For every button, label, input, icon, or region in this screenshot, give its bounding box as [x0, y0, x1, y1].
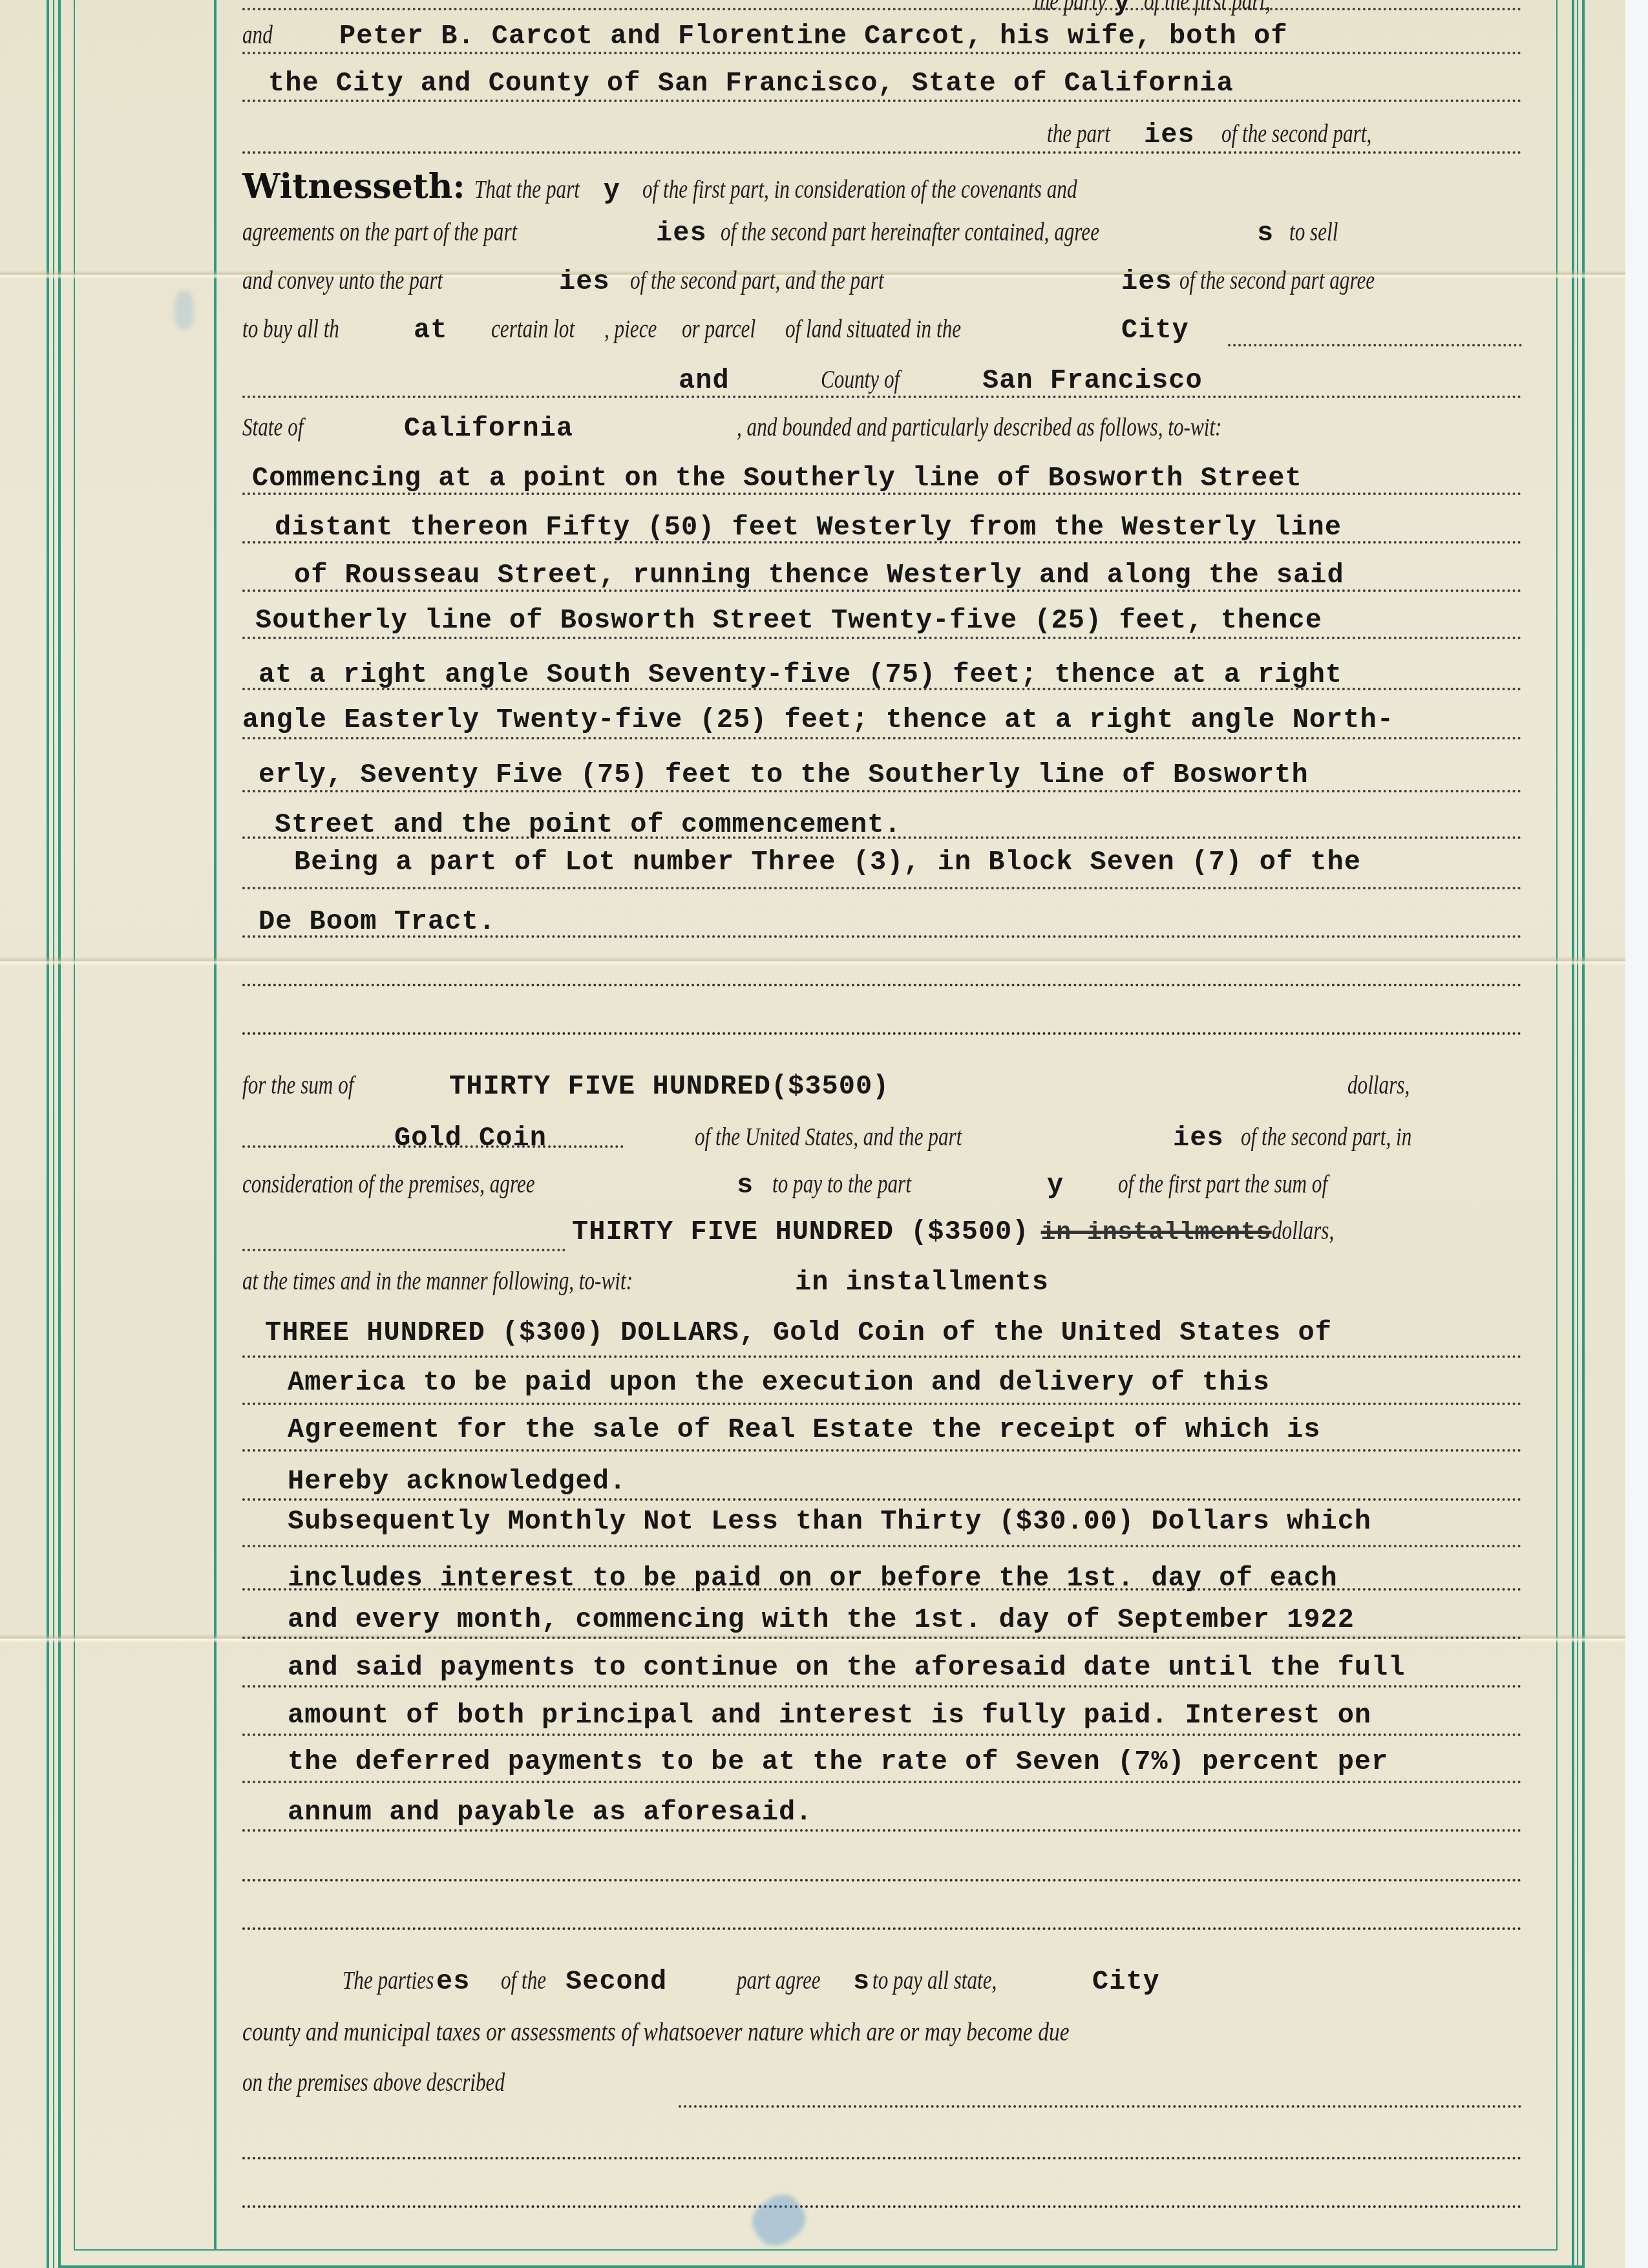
sum-line: for the sum of THIRTY FIVE HUNDRED($3500… — [242, 1070, 1528, 1102]
sum2-line: THIRTY FIVE HUNDRED ($3500) in installme… — [572, 1215, 1522, 1247]
blue-pencil-mark — [174, 291, 194, 330]
terms-line: the deferred payments to be at the rate … — [288, 1746, 1574, 1777]
residence-line: the City and County of San Francisco, St… — [268, 68, 1554, 99]
terms-line: and every month, commencing with the 1st… — [288, 1604, 1574, 1635]
consideration-line: consideration of the premises, agree s t… — [242, 1169, 1528, 1201]
description-line: De Boom Tract. — [259, 906, 1545, 937]
blank-line — [242, 986, 1522, 1035]
description-line: Street and the point of commencement. — [275, 809, 1561, 840]
terms-line: THREE HUNDRED ($300) DOLLARS, Gold Coin … — [265, 1317, 1551, 1348]
terms-line: Hereby acknowledged. — [288, 1466, 1574, 1497]
bottom-rule — [74, 2249, 1558, 2251]
blank-line — [242, 1881, 1522, 1930]
witnesseth-line: Witnesseth: That the part y of the first… — [242, 167, 1528, 206]
terms-line: annum and payable as aforesaid. — [288, 1797, 1574, 1828]
description-line: erly, Seventy Five (75) feet to the Sout… — [259, 759, 1545, 790]
second-part-line: the part ies of the second part, — [1047, 118, 1525, 151]
description-line: Southerly line of Bosworth Street Twenty… — [255, 605, 1541, 636]
terms-line: Subsequently Monthly Not Less than Thirt… — [288, 1506, 1574, 1537]
taxes-line-2: county and municipal taxes or assessment… — [242, 2017, 1528, 2047]
struck-text: in installments — [1041, 1219, 1272, 1247]
blank-line — [242, 1832, 1522, 1881]
agreements-line: agreements on the part of the part ies o… — [242, 217, 1528, 249]
scan-background — [1625, 0, 1648, 2268]
description-line: of Rousseau Street, running thence Weste… — [294, 560, 1580, 591]
state-line: State of California , and bounded and pa… — [242, 412, 1528, 444]
manner-line: at the times and in the manner following… — [242, 1266, 1528, 1298]
witnesseth-heading: Witnesseth: — [242, 167, 465, 206]
description-line: angle Easterly Twenty-five (25) feet; th… — [242, 705, 1528, 736]
margin-rule — [1556, 0, 1558, 2251]
margin-rule — [1572, 0, 1574, 2268]
terms-line: America to be paid upon the execution an… — [288, 1367, 1574, 1398]
description-line: Being a part of Lot number Three (3), in… — [294, 847, 1580, 878]
coin-line: Gold Coin of the United States, and the … — [394, 1121, 1525, 1154]
description-line: at a right angle South Seventy-five (75)… — [259, 659, 1545, 690]
description-line: distant thereon Fifty (50) feet Westerly… — [275, 512, 1561, 543]
terms-line: Agreement for the sale of Real Estate th… — [288, 1414, 1574, 1445]
margin-rule — [214, 0, 217, 2251]
county-line: and County of San Francisco — [679, 364, 1519, 396]
buy-line: to buy all th at certain lot , piece or … — [242, 313, 1528, 346]
terms-line: includes interest to be paid on or befor… — [288, 1563, 1574, 1594]
blank-line — [242, 2110, 1522, 2159]
margin-rule — [1582, 0, 1585, 2268]
convey-line: and convey unto the part ies of the seco… — [242, 265, 1528, 297]
margin-rule — [47, 0, 49, 2268]
margin-rule — [53, 0, 54, 2268]
taxes-line: The parties es of the Second part agree … — [343, 1965, 1525, 1997]
party-names-line: and Peter B. Carcot and Florentine Carco… — [242, 19, 1528, 52]
bottom-rule — [59, 2265, 1585, 2268]
terms-line: and said payments to continue on the afo… — [288, 1652, 1574, 1683]
description-line: Commencing at a point on the Southerly l… — [252, 463, 1538, 494]
fill-line — [242, 1202, 565, 1251]
terms-line: amount of both principal and interest is… — [288, 1700, 1574, 1731]
blank-line — [242, 937, 1522, 986]
blank-line — [242, 2159, 1522, 2208]
margin-rule — [58, 0, 61, 2268]
margin-rule — [1577, 0, 1578, 2268]
margin-rule — [74, 0, 75, 2251]
taxes-line-3: on the premises above described — [242, 2067, 1528, 2097]
